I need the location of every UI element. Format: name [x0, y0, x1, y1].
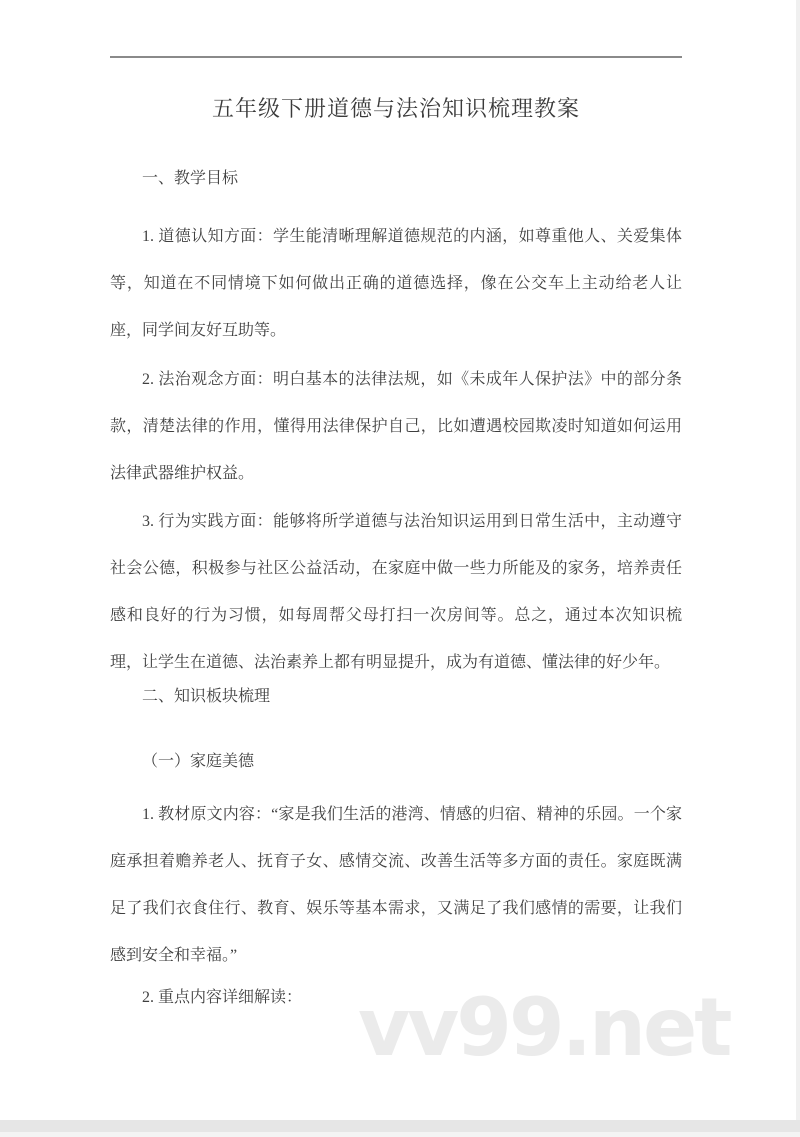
paragraph: 1. 教材原文内容：“家是我们生活的港湾、情感的归宿、精神的乐园。一个家庭承担着… [110, 791, 682, 979]
section-heading: 2. 重点内容详细解读： [110, 974, 682, 1021]
document-title: 五年级下册道德与法治知识梳理教案 [110, 92, 682, 123]
section-heading: 一、教学目标 [110, 155, 682, 202]
section-heading: （一）家庭美德 [110, 738, 682, 785]
page-gap [0, 1120, 800, 1132]
header-rule [110, 56, 682, 58]
page-right-edge [796, 0, 800, 1120]
paragraph: 3. 行为实践方面：能够将所学道德与法治知识运用到日常生活中，主动遵守社会公德，… [110, 498, 682, 686]
paragraph: 1. 道德认知方面：学生能清晰理解道德规范的内涵，如尊重他人、关爱集体等，知道在… [110, 213, 682, 354]
document-page: 五年级下册道德与法治知识梳理教案 一、教学目标1. 道德认知方面：学生能清晰理解… [0, 0, 800, 1120]
document-body: 一、教学目标1. 道德认知方面：学生能清晰理解道德规范的内涵，如尊重他人、关爱集… [110, 155, 682, 1021]
paragraph: 2. 法治观念方面：明白基本的法律法规，如《未成年人保护法》中的部分条款，清楚法… [110, 356, 682, 497]
next-page-top-edge [0, 1132, 800, 1137]
